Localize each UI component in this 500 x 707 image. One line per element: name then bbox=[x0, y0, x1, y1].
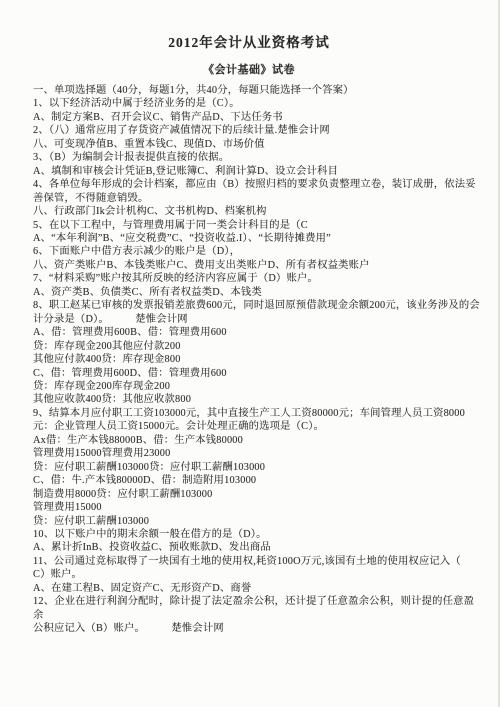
document-line: 一、单项选择题（40分，每题1分，共40分，每题只能选择一个答案） bbox=[33, 84, 490, 97]
document-line: 3、（B）为编制会计报表提供直接的依据。 bbox=[33, 151, 490, 164]
document-line: 11、公司通过竞标取得了一块国有土地的使用权,耗资100O万元,该国有土地的使用… bbox=[33, 555, 490, 568]
document-body: 一、单项选择题（40分，每题1分，共40分，每题只能选择一个答案）1、以下经济活… bbox=[0, 84, 498, 636]
document-line: 管理费用15000管理费用23000 bbox=[33, 447, 490, 460]
document-line: 管理费用15000 bbox=[33, 501, 490, 514]
page-subtitle: 《会计基础》试卷 bbox=[0, 63, 498, 77]
document-line: 4、各单位每年形成的会计档案，都应由（B）按照归档的要求负责整理立卷，装订成册，… bbox=[33, 178, 490, 191]
document-line: 贷：应付职工薪酬103000 bbox=[33, 515, 490, 528]
document-line: 10、以下账户中的期末余额一般在借方的是（D）。 bbox=[33, 528, 490, 541]
document-line: 1、以下经济活动中属于经济业务的是（C）。 bbox=[33, 97, 490, 110]
document-line: 八、行政部门Ik会计机构C、文书机构D、档案机构 bbox=[33, 205, 490, 218]
document-line: 8、职工赵某已审核的发票报销差旅费600元，同时退回原预借款现金余额200元，该… bbox=[33, 299, 490, 312]
document-line: 2、（八）通常应用了存货资产减值情况下的后续计量.楚惟会计网 bbox=[33, 124, 490, 137]
document-line: A、在建工程B、固定资产C、无形资产D、商誉 bbox=[33, 582, 490, 595]
document-line: A、“本年利润”B、“应交税费”C、“投资收益.I）、“长期待摊费用” bbox=[33, 232, 490, 245]
document-line: Ax借：生产本钱88000B、借：生产本钱80000 bbox=[33, 434, 490, 447]
document-line: 公积应记入（B）账户。 楚惟会计网 bbox=[33, 622, 490, 635]
document-line: 八、资产类账户B、本钱类账户C、费用支出类账户D、所有者权益类账户 bbox=[33, 259, 490, 272]
document-line: 7、“材料采购”账户按其所反映的经济内容应属于（D）账户。 bbox=[33, 272, 490, 285]
document-line: 贷：库存现金200库存现金200 bbox=[33, 380, 490, 393]
document-line: A、制定方案B、召开会议C、销售产品D、下达任务书 bbox=[33, 111, 490, 124]
document-line: C、借：管理费用600D、借：管理费用600 bbox=[33, 367, 490, 380]
document-page: 2012年会计从业资格考试 《会计基础》试卷 一、单项选择题（40分，每题1分，… bbox=[0, 0, 500, 707]
document-line: 其他应付款400贷：库存现金800 bbox=[33, 353, 490, 366]
document-line: 八、可变现净值B、重置本钱C、现值D、市场价值 bbox=[33, 138, 490, 151]
document-line: 贷：库存现金200其他应付款200 bbox=[33, 340, 490, 353]
document-line: A、填制和审核会计凭证B,登记账簿C、利润计算D、设立会计科目 bbox=[33, 165, 490, 178]
document-line: 贷：应付职工薪酬103000贷：应付职工薪酬103000 bbox=[33, 461, 490, 474]
document-line: 5、在以下工程中，与管理费用属于同一类会计科目的是（C bbox=[33, 219, 490, 232]
document-line: 元：企业管理人员工资15000元。会计处理正确的选项是（C）。 bbox=[33, 420, 490, 433]
document-line: A、借：管理费用600B、借：管理费用600 bbox=[33, 326, 490, 339]
document-line: C）账户。 bbox=[33, 568, 490, 581]
document-line: A、累计折InB、投资收益C、预收账款D、发出商品 bbox=[33, 541, 490, 554]
document-line: A、资产类B、负债类C、所有者权益类D、本钱类 bbox=[33, 286, 490, 299]
document-line: 9、结算本月应付职工工资103000元，其中直接生产工人工资80000元；车间管… bbox=[33, 407, 490, 420]
document-line: 计分录是（D）。 楚惟会计网 bbox=[33, 313, 490, 326]
page-title: 2012年会计从业资格考试 bbox=[0, 0, 498, 52]
document-line: 善保管，不得随意销毁。 bbox=[33, 192, 490, 205]
document-line: C、借：牛.产本钱80000D、借：制造附用103000 bbox=[33, 474, 490, 487]
document-line: 制造费用8000贷：应付职工薪酬103000 bbox=[33, 488, 490, 501]
document-line: 6、下面账户中借方表示减少的账户是（D）， bbox=[33, 245, 490, 258]
document-line: 12、企业在进行利润分配时，除计提了法定盈余公积，还计提了任意盈余公积，则计提的… bbox=[33, 595, 490, 608]
document-line: 其他应收款400贷：其他应收款800 bbox=[33, 393, 490, 406]
document-line: 余 bbox=[33, 609, 490, 622]
